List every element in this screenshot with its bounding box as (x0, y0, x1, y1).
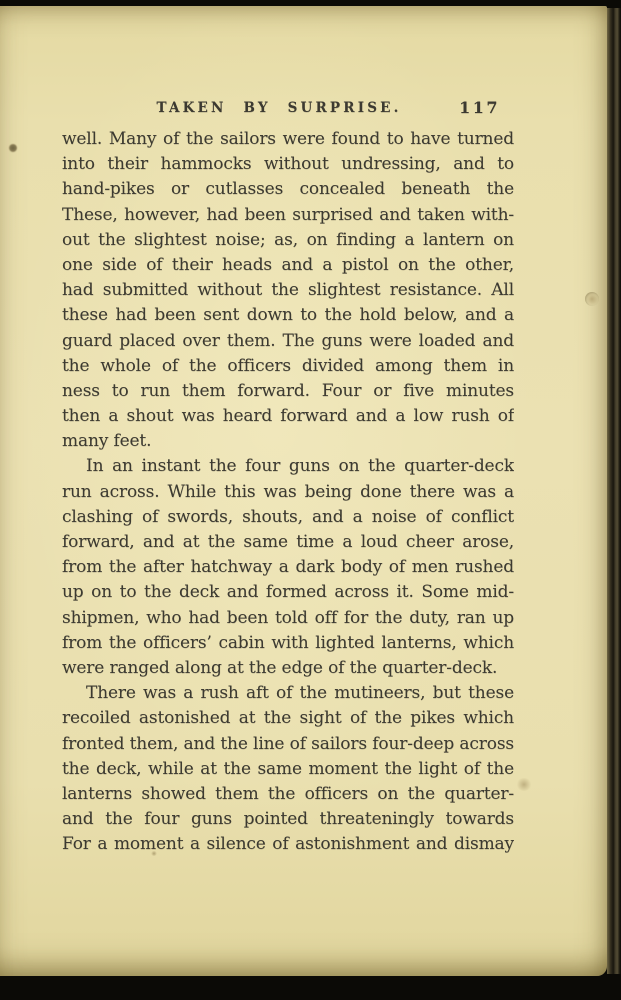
text-line: had submitted without the slightest resi… (62, 278, 514, 303)
page-number: 117 (459, 98, 500, 117)
text-line: ness to run them forward. Four or five m… (62, 379, 514, 404)
text-line: shipmen, who had been told off for the d… (62, 606, 514, 631)
text-line: run across. While this was being done th… (62, 480, 514, 505)
text-line: these had been sent down to the hold bel… (62, 303, 514, 328)
paper-blemish-dot (9, 144, 17, 152)
page-body-text: well. Many of the sailors were found to … (62, 127, 514, 857)
text-line: There was a rush aft of the mutineers, b… (62, 681, 514, 706)
running-title: TAKEN BY SURPRISE. (156, 100, 401, 116)
text-line: well. Many of the sailors were found to … (62, 127, 514, 152)
page-header: TAKEN BY SURPRISE. 117 (62, 98, 514, 118)
text-line: were ranged along at the edge of the qua… (62, 656, 514, 681)
text-line: fronted them, and the line of sailors fo… (62, 732, 514, 757)
paper-smudge (585, 292, 599, 306)
text-block: TAKEN BY SURPRISE. 117 well. Many of the… (62, 98, 514, 857)
text-line: hand-pikes or cutlasses concealed beneat… (62, 177, 514, 202)
paragraph: In an instant the four guns on the quart… (62, 454, 514, 681)
text-line: lanterns showed them the officers on the… (62, 782, 514, 807)
book-scan: TAKEN BY SURPRISE. 117 well. Many of the… (0, 0, 621, 1000)
text-line: from the officers’ cabin with lighted la… (62, 631, 514, 656)
text-line: For a moment a silence of astonishment a… (62, 832, 514, 857)
text-line: forward, and at the same time a loud che… (62, 530, 514, 555)
text-line: recoiled astonished at the sight of the … (62, 706, 514, 731)
paragraph: well. Many of the sailors were found to … (62, 127, 514, 454)
text-line: These, however, had been surprised and t… (62, 203, 514, 228)
text-line: into their hammocks without undressing, … (62, 152, 514, 177)
text-line: and the four guns pointed threateningly … (62, 807, 514, 832)
paragraph: There was a rush aft of the mutineers, b… (62, 681, 514, 857)
paper-smudge (516, 778, 532, 791)
text-line: the whole of the officers divided among … (62, 354, 514, 379)
text-line: the deck, while at the same moment the l… (62, 757, 514, 782)
text-line: out the slightest noise; as, on finding … (62, 228, 514, 253)
text-line: one side of their heads and a pistol on … (62, 253, 514, 278)
book-fore-edge (607, 8, 621, 974)
book-page: TAKEN BY SURPRISE. 117 well. Many of the… (0, 6, 607, 976)
text-line: then a shout was heard forward and a low… (62, 404, 514, 429)
text-line: guard placed over them. The guns were lo… (62, 329, 514, 354)
text-line: many feet. (62, 429, 514, 454)
text-line: from the after hatchway a dark body of m… (62, 555, 514, 580)
text-line: up on to the deck and formed across it. … (62, 580, 514, 605)
text-line: In an instant the four guns on the quart… (62, 454, 514, 479)
text-line: clashing of swords, shouts, and a noise … (62, 505, 514, 530)
